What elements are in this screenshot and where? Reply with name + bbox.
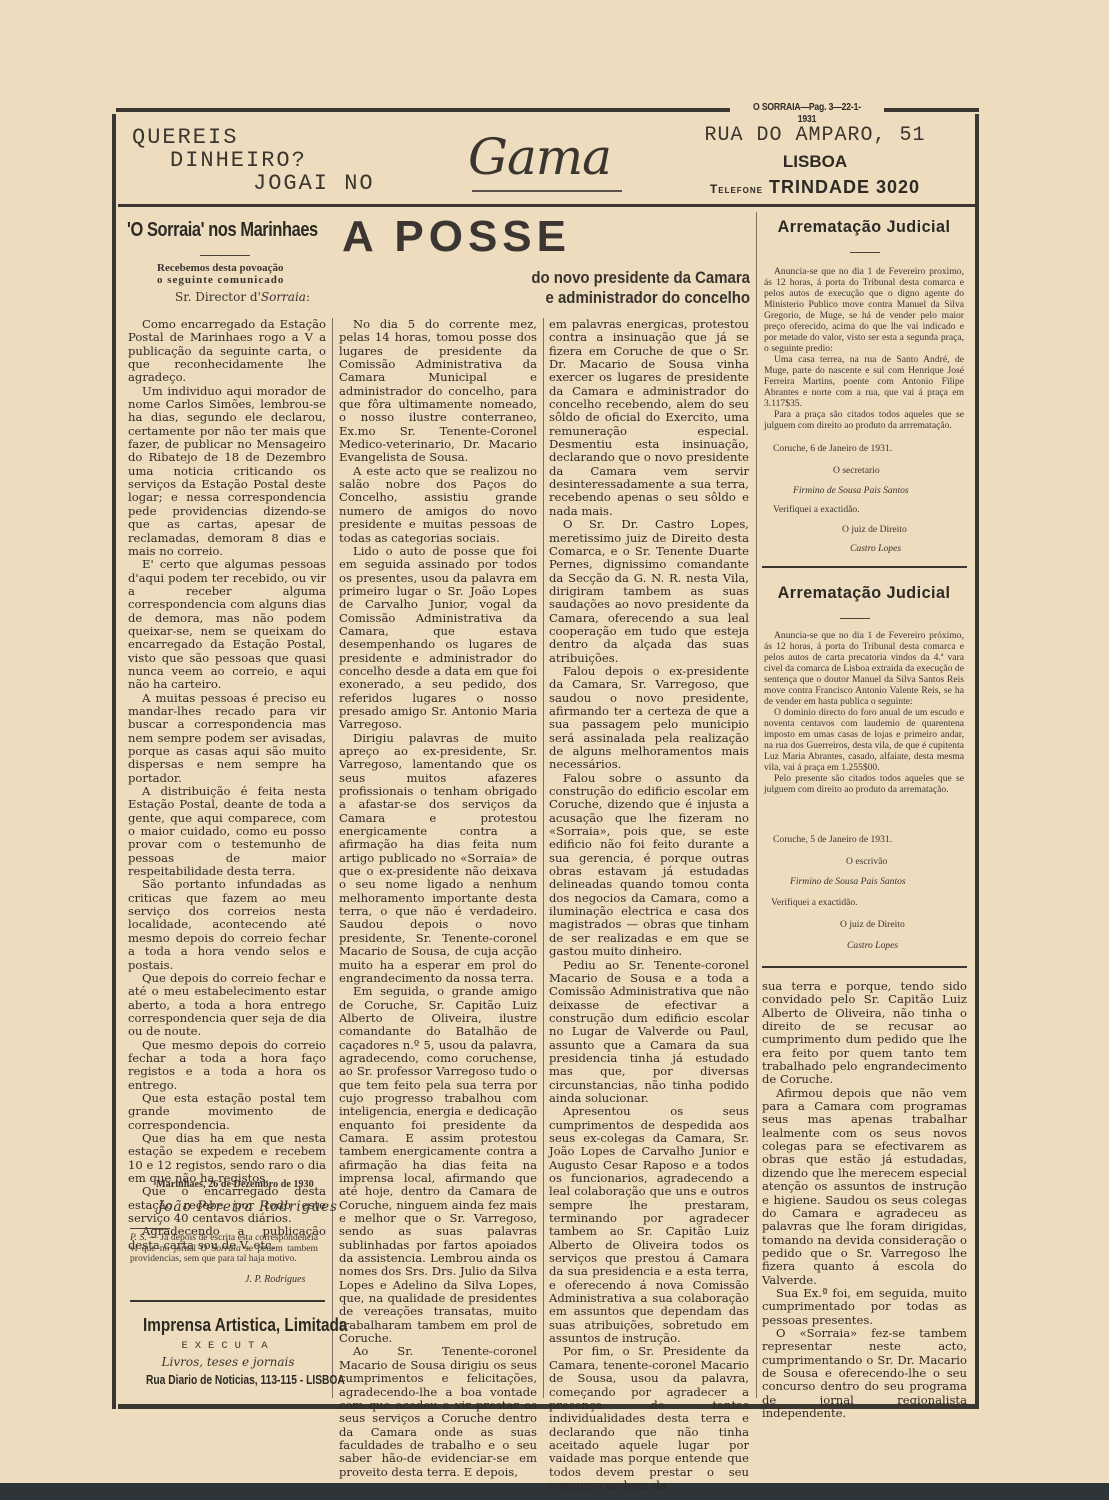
paragraph: O Sr. Dr. Castro Lopes, meretissimo juiz… — [549, 518, 749, 665]
paragraph: Em seguida, o grande amigo de Coruche, S… — [339, 985, 537, 1345]
phone-number: TRINDADE 3020 — [769, 177, 920, 197]
paragraph: Para a praça são citados todos aqueles q… — [764, 409, 964, 431]
judicial-notice-body: Anuncia-se que no dia 1 de Fevereiro pró… — [764, 630, 964, 795]
notice-judge-title: O juiz de Direito — [842, 524, 907, 535]
judicial-notice-title: Arrematação Judicial — [769, 217, 959, 237]
paragraph: E' certo que algumas pessoas d'aqui pode… — [128, 558, 326, 691]
notice-verified: Verifiquei a exactidão. — [773, 504, 860, 515]
ad-slogan-line: QUEREIS — [132, 126, 375, 149]
column-divider — [332, 318, 333, 1398]
paragraph: O «Sorraia» fez-se tambem representar ne… — [762, 1327, 967, 1420]
subtitle-line: do novo presidente da Camara — [512, 268, 750, 288]
notice-divider — [840, 618, 870, 619]
paragraph: Afirmou depois que não vem para a Camara… — [762, 1087, 967, 1287]
paragraph: Que mesmo depois do correio fechar a tod… — [128, 1039, 326, 1092]
paragraph: A muitas pessoas é preciso eu mandar-lhe… — [128, 692, 326, 785]
notice-separator — [762, 566, 967, 568]
ps-divider — [130, 1228, 170, 1229]
ad-phone: TelefoneTRINDADE 3020 — [670, 177, 960, 198]
imprensa-ad-title: Imprensa Artistica, Limitada — [143, 1315, 313, 1336]
paragraph: Falou sobre o assunto da construção do e… — [549, 772, 749, 959]
paragraph: O dominio directo do foro anual de um es… — [764, 707, 964, 773]
paragraph: A este acto que se realizou no salão nob… — [339, 465, 537, 545]
notice-judge-name: Castro Lopes — [847, 940, 898, 951]
paragraph: São portanto infundadas as criticas que … — [128, 878, 326, 971]
ps-label: P. S. — — [130, 1232, 158, 1243]
notice-verified: Verifiquei a exactidão. — [771, 897, 858, 908]
notice-judge-name: Castro Lopes — [850, 543, 901, 554]
ad-city: LISBOA — [670, 152, 960, 172]
ad-address: RUA DO AMPARO, 51 — [670, 124, 960, 147]
paragraph: Lido o auto de posse que foi em seguida … — [339, 545, 537, 732]
paragraph: No dia 5 do corrente mez, pelas 14 horas… — [339, 318, 537, 465]
ad-separator-rule — [118, 204, 976, 207]
logo-underline — [472, 190, 622, 192]
paragraph: Apresentou os seus cumprimentos de despe… — [549, 1105, 749, 1345]
letter-place-date: Marinhaes, 26 de Dezembro de 1930 — [156, 1179, 314, 1190]
paragraph: em palavras energicas, protestou contra … — [549, 318, 749, 518]
judicial-notice-body: Anuncia-se que no dia 1 de Fevereiro pro… — [764, 266, 964, 431]
salutation-suffix: : — [306, 290, 310, 304]
ad-slogan-line: JOGAI NO — [132, 172, 375, 195]
article-title-posse: A POSSE — [342, 212, 571, 262]
paragraph: Anuncia-se que no dia 1 de Fevereiro pro… — [764, 266, 964, 354]
imprensa-ad-address: Rua Diario de Noticias, 113-115 - LISBOA — [146, 1373, 310, 1387]
paragraph: sua terra e porque, tendo sido convidado… — [762, 980, 967, 1087]
paragraph: Pelo presente são citados todos aqueles … — [764, 773, 964, 795]
notice-place-date: Coruche, 5 de Janeiro de 1931. — [773, 834, 892, 845]
ad-slogan: QUEREIS DINHEIRO? JOGAI NO — [132, 126, 375, 195]
notice-role: O escrivão — [846, 856, 887, 867]
notice-signer: Firmino de Sousa Pais Santos — [790, 876, 906, 887]
salutation-prefix: Sr. Director d' — [175, 290, 261, 304]
subtitle-line: o seguinte comunicado — [157, 274, 284, 286]
frame-right-rule — [975, 114, 979, 1409]
imprensa-ad-products: Livros, teses e jornais — [128, 1355, 328, 1369]
subtitle-line: Recebemos desta povoação — [157, 262, 284, 274]
notice-signer: Firmino de Sousa Pais Santos — [793, 485, 909, 496]
subtitle-line: e administrador do concelho — [512, 288, 750, 308]
notice-judge-title: O juiz de Direito — [840, 919, 905, 930]
paragraph: Falou depois o ex-presidente da Camara, … — [549, 665, 749, 772]
paragraph: Sua Ex.ª foi, em seguida, muito cumprime… — [762, 1287, 967, 1327]
paragraph: Um individuo aqui morador de nome Carlos… — [128, 385, 326, 558]
notice-role: O secretario — [833, 465, 880, 476]
salutation: Sr. Director d'Sorraia: — [175, 290, 310, 304]
article-subtitle-marinhaes: Recebemos desta povoação o seguinte comu… — [157, 262, 284, 286]
frame-left-rule — [112, 114, 116, 1409]
gama-logo: Gama — [468, 128, 611, 186]
article-subtitle-posse: do novo presidente da Camara e administr… — [512, 268, 750, 308]
column-2-posse: No dia 5 do corrente mez, pelas 14 horas… — [339, 318, 537, 1479]
paragraph: Ao Sr. Tenente-coronel Macario de Sousa … — [339, 1345, 537, 1478]
column-3-posse: em palavras energicas, protestou contra … — [549, 318, 749, 1492]
column-divider — [756, 212, 757, 1398]
newspaper-page: O SORRAIA—Pag. 3—22-1-1931 QUEREIS DINHE… — [0, 0, 1109, 1483]
judicial-notice-title: Arrematação Judicial — [769, 583, 959, 603]
paragraph: Anuncia-se que no dia 1 de Fevereiro pró… — [764, 630, 964, 707]
postscript: P. S. — Já depois de escrita esta corres… — [130, 1233, 318, 1265]
notice-separator — [762, 966, 967, 968]
salutation-paper-name: Sorraia — [261, 290, 306, 304]
notice-divider — [850, 252, 880, 253]
paragraph: Como encarregado da Estação Postal de Ma… — [128, 318, 326, 385]
paragraph: A distribuição é feita nesta Estação Pos… — [128, 785, 326, 878]
ps-signature: J. P. Rodrigues — [245, 1274, 305, 1285]
column-4-posse-continued: sua terra e porque, tendo sido convidado… — [762, 980, 967, 1420]
imprensa-ad-rule — [130, 1300, 325, 1302]
ad-slogan-line: DINHEIRO? — [132, 149, 375, 172]
paragraph: Que depois do correio fechar e até o meu… — [128, 972, 326, 1039]
paragraph: Uma casa terrea, na rua de Santo André, … — [764, 354, 964, 409]
gama-advertisement: QUEREIS DINHEIRO? JOGAI NO Gama RUA DO A… — [118, 114, 974, 204]
column-1-marinhaes: Como encarregado da Estação Postal de Ma… — [128, 318, 326, 1252]
phone-label: Telefone — [710, 182, 763, 196]
imprensa-ad-executa: EXECUTA — [128, 1340, 328, 1352]
letter-signature: João Pereira Rodrigues — [158, 1199, 338, 1215]
paragraph: Por fim, o Sr. Presidente da Camara, ten… — [549, 1345, 749, 1492]
title-divider — [200, 255, 250, 256]
ad-contact: RUA DO AMPARO, 51 LISBOA TelefoneTRINDAD… — [670, 124, 960, 198]
header-rule-right — [884, 108, 979, 112]
header-rule-left — [116, 108, 730, 112]
column-divider — [543, 318, 544, 1398]
paragraph: Que esta estação postal tem grande movim… — [128, 1092, 326, 1132]
article-title-marinhaes: 'O Sorraia' nos Marinhaes — [127, 219, 318, 242]
paragraph: Pediu ao Sr. Tenente-coronel Macario de … — [549, 959, 749, 1106]
paragraph: Dirigiu palavras de muito apreço ao ex-p… — [339, 732, 537, 986]
paragraph: Que dias ha em que nesta estação se expe… — [128, 1132, 326, 1185]
notice-place-date: Coruche, 6 de Janeiro de 1931. — [773, 443, 892, 454]
ps-paper-name: O Sorraia — [200, 1243, 241, 1254]
